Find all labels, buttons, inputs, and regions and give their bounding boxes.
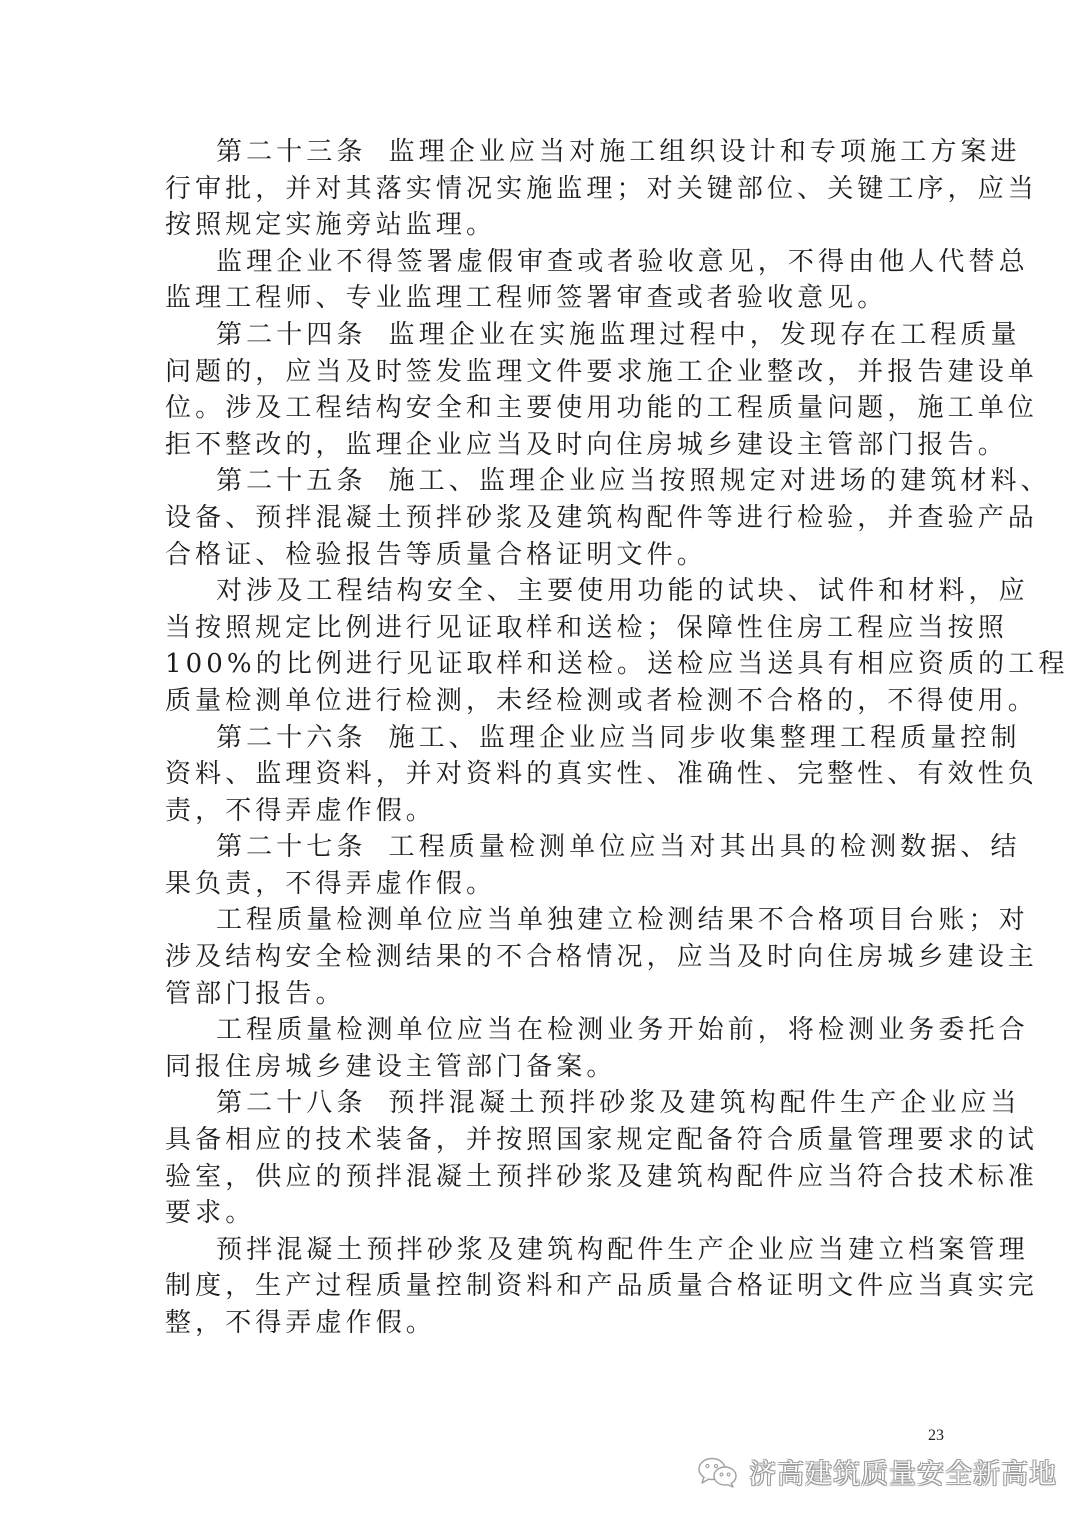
line-text: 拒不整改的，监理企业应当及时向住房城乡建设主管部门报告。	[165, 430, 1008, 460]
text-line: 工程质量检测单位应当在检测业务开始前，将检测业务委托合	[165, 1012, 905, 1049]
line-text: 工程质量检测单位应当在检测业务开始前，将检测业务委托合	[216, 1015, 1029, 1045]
line-text: 责，不得弄虚作假。	[165, 796, 436, 826]
text-line: 验室，供应的预拌混凝土预拌砂浆及建筑构配件应当符合技术标准	[165, 1159, 905, 1196]
line-text: 资料、监理资料，并对资料的真实性、准确性、完整性、有效性负	[165, 759, 1038, 789]
line-text: 验室，供应的预拌混凝土预拌砂浆及建筑构配件应当符合技术标准	[165, 1162, 1038, 1192]
line-text: 预拌混凝土预拌砂浆及建筑构配件生产企业应当	[389, 1088, 1021, 1118]
article-line: 第二十四条监理企业在实施监理过程中，发现存在工程质量	[165, 317, 905, 354]
article-line: 第二十七条工程质量检测单位应当对其出具的检测数据、结	[165, 829, 905, 866]
article-line: 第二十五条施工、监理企业应当按照规定对进场的建筑材料、	[165, 463, 905, 500]
text-line: 对涉及工程结构安全、主要使用功能的试块、试件和材料，应	[165, 573, 905, 610]
article-line: 第二十六条施工、监理企业应当同步收集整理工程质量控制	[165, 720, 905, 757]
line-text: 问题的，应当及时签发监理文件要求施工企业整改，并报告建设单	[165, 357, 1038, 387]
line-text: 监理工程师、专业监理工程师签署审查或者验收意见。	[165, 283, 887, 313]
line-text: 整，不得弄虚作假。	[165, 1308, 436, 1338]
article-number: 第二十八条	[216, 1088, 367, 1118]
text-line: 制度，生产过程质量控制资料和产品质量合格证明文件应当真实完	[165, 1268, 905, 1305]
line-text: 设备、预拌混凝土预拌砂浆及建筑构配件等进行检验，并查验产品	[165, 503, 1038, 533]
line-text: 100%的比例进行见证取样和送检。送检应当送具有相应资质的工程	[165, 649, 1068, 679]
text-line: 监理企业不得签署虚假审查或者验收意见，不得由他人代替总	[165, 244, 905, 281]
line-text: 监理企业在实施监理过程中，发现存在工程质量	[389, 320, 1021, 350]
text-line: 合格证、检验报告等质量合格证明文件。	[165, 537, 905, 574]
line-text: 对涉及工程结构安全、主要使用功能的试块、试件和材料，应	[216, 576, 1029, 606]
text-line: 问题的，应当及时签发监理文件要求施工企业整改，并报告建设单	[165, 354, 905, 391]
text-line: 涉及结构安全检测结果的不合格情况，应当及时向住房城乡建设主	[165, 939, 905, 976]
line-text: 预拌混凝土预拌砂浆及建筑构配件生产企业应当建立档案管理	[216, 1235, 1029, 1265]
line-text: 监理企业不得签署虚假审查或者验收意见，不得由他人代替总	[216, 247, 1029, 277]
line-text: 施工、监理企业应当同步收集整理工程质量控制	[389, 723, 1021, 753]
text-line: 位。涉及工程结构安全和主要使用功能的工程质量问题，施工单位	[165, 390, 905, 427]
line-text: 行审批，并对其落实情况实施监理；对关键部位、关键工序，应当	[165, 174, 1038, 204]
line-text: 按照规定实施旁站监理。	[165, 210, 496, 240]
watermark: 济高建筑质量安全新高地	[697, 1452, 1057, 1491]
document-body: 第二十三条监理企业应当对施工组织设计和专项施工方案进行审批，并对其落实情况实施监…	[165, 134, 905, 1342]
line-text: 管部门报告。	[165, 979, 346, 1009]
text-line: 当按照规定比例进行见证取样和送检；保障性住房工程应当按照	[165, 610, 905, 647]
document-page: 第二十三条监理企业应当对施工组织设计和专项施工方案进行审批，并对其落实情况实施监…	[0, 0, 1080, 1527]
text-line: 拒不整改的，监理企业应当及时向住房城乡建设主管部门报告。	[165, 427, 905, 464]
text-line: 资料、监理资料，并对资料的真实性、准确性、完整性、有效性负	[165, 756, 905, 793]
watermark-text: 济高建筑质量安全新高地	[749, 1452, 1057, 1491]
line-text: 具备相应的技术装备，并按照国家规定配备符合质量管理要求的试	[165, 1125, 1038, 1155]
text-line: 工程质量检测单位应当单独建立检测结果不合格项目台账；对	[165, 902, 905, 939]
line-text: 制度，生产过程质量控制资料和产品质量合格证明文件应当真实完	[165, 1271, 1038, 1301]
text-line: 监理工程师、专业监理工程师签署审查或者验收意见。	[165, 280, 905, 317]
text-line: 同报住房城乡建设主管部门备案。	[165, 1049, 905, 1086]
text-line: 要求。	[165, 1195, 905, 1232]
article-number: 第二十七条	[216, 832, 367, 862]
line-text: 果负责，不得弄虚作假。	[165, 869, 496, 899]
article-line: 第二十八条预拌混凝土预拌砂浆及建筑构配件生产企业应当	[165, 1085, 905, 1122]
line-text: 涉及结构安全检测结果的不合格情况，应当及时向住房城乡建设主	[165, 942, 1038, 972]
article-number: 第二十五条	[216, 466, 367, 496]
text-line: 质量检测单位进行检测，未经检测或者检测不合格的，不得使用。	[165, 683, 905, 720]
text-line: 行审批，并对其落实情况实施监理；对关键部位、关键工序，应当	[165, 171, 905, 208]
text-line: 责，不得弄虚作假。	[165, 793, 905, 830]
line-text: 工程质量检测单位应当对其出具的检测数据、结	[389, 832, 1021, 862]
text-line: 100%的比例进行见证取样和送检。送检应当送具有相应资质的工程	[165, 646, 905, 683]
page-number: 23	[928, 1427, 944, 1445]
line-text: 位。涉及工程结构安全和主要使用功能的工程质量问题，施工单位	[165, 393, 1038, 423]
wechat-icon	[697, 1456, 739, 1488]
article-number: 第二十三条	[216, 137, 367, 167]
text-line: 果负责，不得弄虚作假。	[165, 866, 905, 903]
text-line: 按照规定实施旁站监理。	[165, 207, 905, 244]
line-text: 监理企业应当对施工组织设计和专项施工方案进	[389, 137, 1021, 167]
article-line: 第二十三条监理企业应当对施工组织设计和专项施工方案进	[165, 134, 905, 171]
text-line: 整，不得弄虚作假。	[165, 1305, 905, 1342]
line-text: 工程质量检测单位应当单独建立检测结果不合格项目台账；对	[216, 905, 1029, 935]
text-line: 预拌混凝土预拌砂浆及建筑构配件生产企业应当建立档案管理	[165, 1232, 905, 1269]
line-text: 合格证、检验报告等质量合格证明文件。	[165, 540, 707, 570]
line-text: 同报住房城乡建设主管部门备案。	[165, 1052, 617, 1082]
line-text: 当按照规定比例进行见证取样和送检；保障性住房工程应当按照	[165, 613, 1008, 643]
line-text: 要求。	[165, 1198, 255, 1228]
article-number: 第二十四条	[216, 320, 367, 350]
text-line: 管部门报告。	[165, 976, 905, 1013]
line-text: 施工、监理企业应当按照规定对进场的建筑材料、	[389, 466, 1051, 496]
text-line: 具备相应的技术装备，并按照国家规定配备符合质量管理要求的试	[165, 1122, 905, 1159]
article-number: 第二十六条	[216, 723, 367, 753]
text-line: 设备、预拌混凝土预拌砂浆及建筑构配件等进行检验，并查验产品	[165, 500, 905, 537]
line-text: 质量检测单位进行检测，未经检测或者检测不合格的，不得使用。	[165, 686, 1038, 716]
